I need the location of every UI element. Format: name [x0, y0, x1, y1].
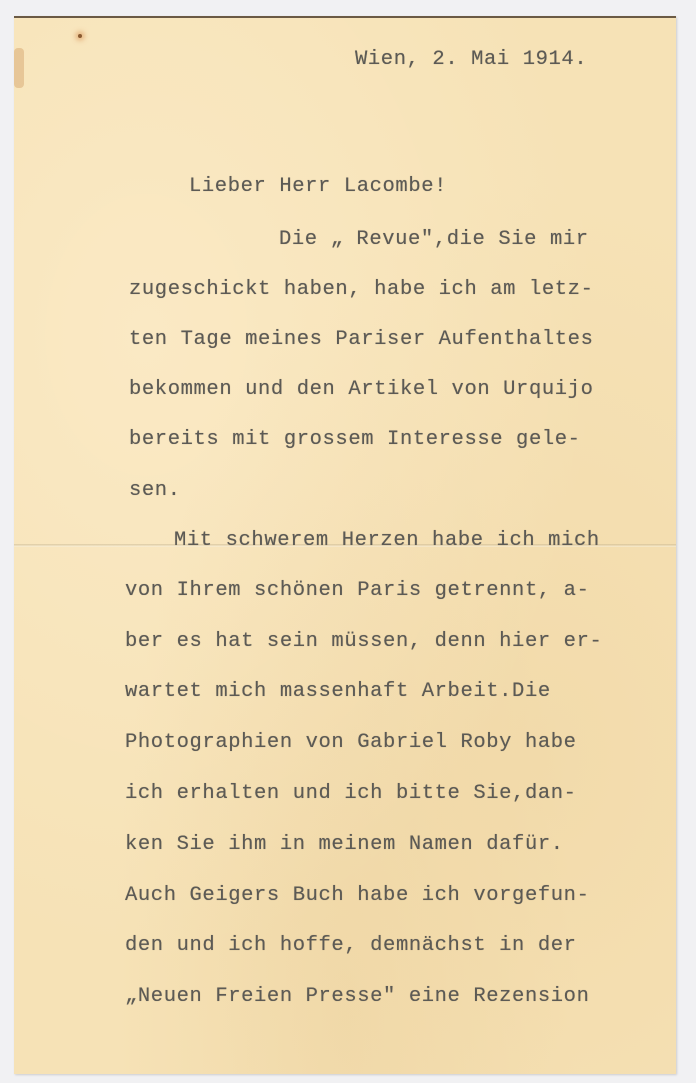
paper-stain [14, 48, 24, 88]
body-line: Photographien von Gabriel Roby habe [125, 731, 577, 755]
salutation: Lieber Herr Lacombe! [189, 175, 447, 199]
body-line: Die „ Revue",die Sie mir [279, 228, 589, 252]
dateline: Wien, 2. Mai 1914. [355, 48, 587, 72]
body-line: zugeschickt haben, habe ich am letz- [129, 278, 593, 302]
body-line: ten Tage meines Pariser Aufenthaltes [129, 328, 593, 352]
body-line: den und ich hoffe, demnächst in der [125, 934, 577, 958]
body-line: bereits mit grossem Interesse gele- [129, 428, 581, 452]
body-line: ber es hat sein müssen, denn hier er- [125, 630, 602, 654]
letter-page: Wien, 2. Mai 1914. Lieber Herr Lacombe! … [14, 16, 676, 1074]
body-line: sen. [129, 479, 181, 503]
body-line: ich erhalten und ich bitte Sie,dan- [125, 782, 577, 806]
body-line: ken Sie ihm in meinem Namen dafür. [125, 833, 564, 857]
paper-spot [78, 34, 82, 38]
body-line: wartet mich massenhaft Arbeit.Die [125, 680, 551, 704]
body-line: Auch Geigers Buch habe ich vorgefun- [125, 884, 589, 908]
body-line: „Neuen Freien Presse" eine Rezension [125, 985, 589, 1009]
body-line: von Ihrem schönen Paris getrennt, a- [125, 579, 589, 603]
body-line: bekommen und den Artikel von Urquijo [129, 378, 593, 402]
body-line: Mit schwerem Herzen habe ich mich [174, 529, 600, 553]
